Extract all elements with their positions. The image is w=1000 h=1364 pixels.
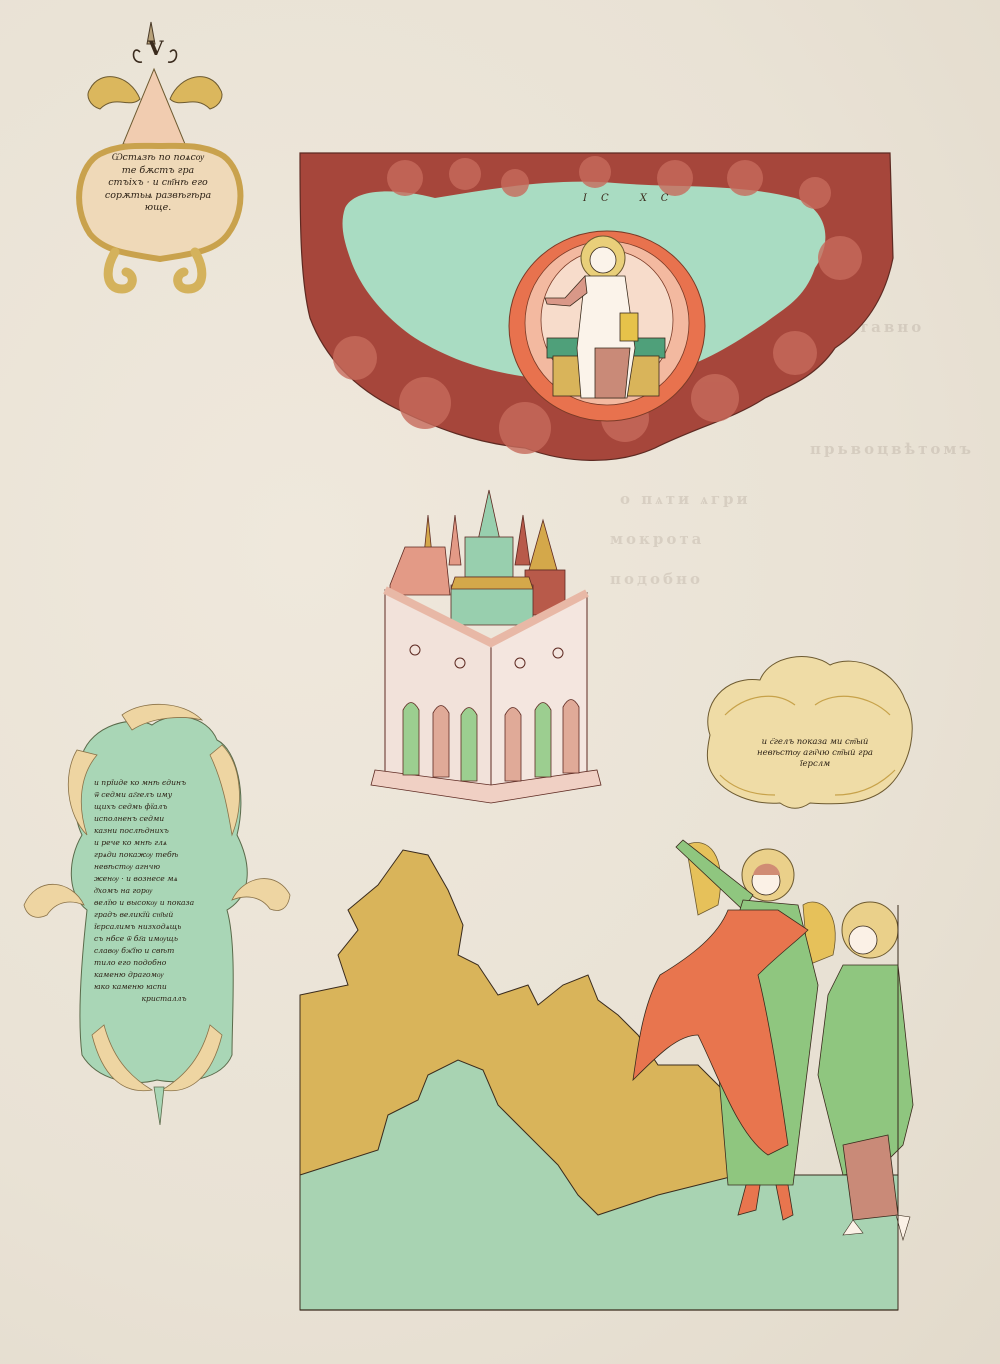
text-line: и прїиде ко мнѣ єдинъ	[94, 777, 234, 789]
text-line: велїю и высокѹ и показа	[94, 897, 234, 909]
cartouche-top-left: V Ѡстѧзѣ по поѧсѹ те бѫстъ гра стъіхъ · …	[60, 14, 260, 304]
cloud-cartouche-frame-icon	[695, 645, 920, 820]
text-line: невѣстѹ агнчю	[94, 861, 234, 873]
text-line: сорѫтьѩ развѣгѣра	[98, 190, 218, 203]
mountain-scene	[298, 815, 918, 1325]
text-line: те бѫстъ гра	[98, 165, 218, 178]
text-line: исполненъ седми	[94, 813, 234, 825]
text-line: щихъ седмь фїалъ	[94, 801, 234, 813]
text-line: тило его подобно	[94, 957, 234, 969]
bleed-through-line: подобно	[610, 570, 703, 588]
text-line: славѹ бж҃їю и свѣт	[94, 945, 234, 957]
text-line: кристаллъ	[94, 993, 234, 1005]
angel-and-john-on-mountain-illustration	[298, 815, 918, 1325]
christ-monogram-label: IC XC	[583, 193, 682, 204]
cartouche-text: Ѡстѧзѣ по поѧсѹ те бѫстъ гра стъіхъ · и …	[98, 152, 218, 215]
text-line: градъ великїй ст҃ый	[94, 909, 234, 921]
cartouche-left: и прїиде ко мнѣ єдинъ ѿ седми аг҃гелъ им…	[22, 695, 292, 1130]
text-line: стъіхъ · и ст҃нѣ его	[98, 177, 218, 190]
cartouche-text: и прїиде ко мнѣ єдинъ ѿ седми аг҃гелъ им…	[94, 777, 234, 1005]
heaven-panel: IC XC	[295, 148, 895, 468]
text-line: юще.	[98, 202, 218, 215]
manuscript-page: наставно прьвоцвѣтомъ о пѧти ѧгри мокрот…	[0, 0, 1000, 1364]
text-line: казни послѣднихъ	[94, 825, 234, 837]
text-line: съ нбсе ѿ бг҃а имѹщь	[94, 933, 234, 945]
text-line: и рече ко мнѣ глѧ	[94, 837, 234, 849]
text-line: Ѡстѧзѣ по поѧсѹ	[98, 152, 218, 165]
city-illustration	[365, 485, 605, 815]
cartouche-text: и с҃гелъ показа ми ст҃ый невѣстѹ агн҃чю …	[735, 737, 895, 771]
cartouche-right: и с҃гелъ показа ми ст҃ый невѣстѹ агн҃чю …	[695, 645, 920, 820]
initial-letter: V	[148, 36, 164, 60]
text-line: грѧди покажѹ тебѣ	[94, 849, 234, 861]
text-line: їерслм	[735, 759, 895, 770]
text-line: їєрсалимъ низходѧщь	[94, 921, 234, 933]
bleed-through-line: мокрота	[610, 530, 704, 548]
text-line: женѹ · и вознесе мѧ	[94, 873, 234, 885]
text-line: каменю драгомѹ	[94, 969, 234, 981]
text-line: и с҃гелъ показа ми ст҃ый	[735, 737, 895, 748]
text-line: невѣстѹ агн҃чю ст҃ый гра	[735, 748, 895, 759]
walled-city-icon	[365, 485, 605, 815]
text-line: ѿ седми аг҃гелъ иму	[94, 789, 234, 801]
bleed-through-line: о пѧти ѧгри	[620, 490, 751, 509]
text-line: д҃хомъ на горѹ	[94, 885, 234, 897]
text-line: ꙗко каменю ꙗспи	[94, 981, 234, 993]
